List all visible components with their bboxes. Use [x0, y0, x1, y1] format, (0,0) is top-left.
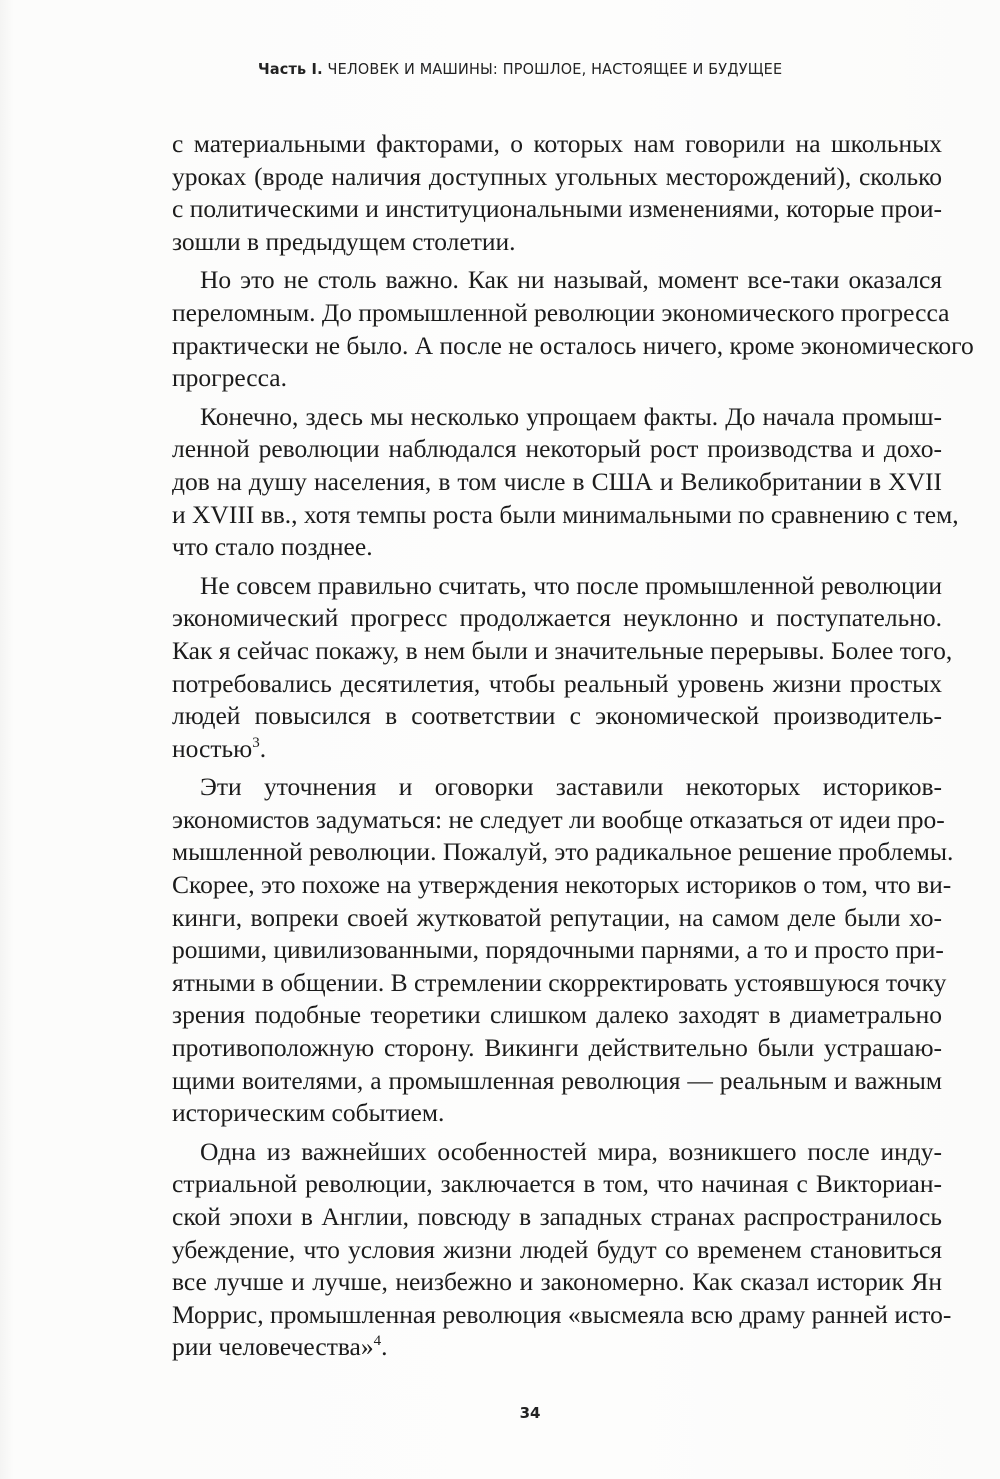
text-fragment: рии человечества» — [172, 1332, 374, 1361]
text-line: Одна из важнейших особенностей мира, воз… — [172, 1136, 942, 1169]
punctuation: . — [381, 1332, 387, 1361]
text-line: рии человечества»4. — [172, 1331, 942, 1364]
text-fragment: ностью — [172, 734, 252, 763]
text-line: экономистов задуматься: не следует ли во… — [172, 804, 942, 837]
text-line: потребовались десятилетия, чтобы реальны… — [172, 668, 942, 701]
text-line: все лучше и лучше, неизбежно и закономер… — [172, 1266, 942, 1299]
text-line: зошли в предыдущем столетии. — [172, 226, 942, 259]
paragraph: с материальными факторами, о которых нам… — [172, 128, 942, 258]
text-line: стриальной революции, заключается в том,… — [172, 1168, 942, 1201]
text-line: зрения подобные теоретики слишком далеко… — [172, 999, 942, 1032]
text-line: уроках (вроде наличия доступных угольных… — [172, 161, 942, 194]
text-line: переломным. До промышленной революции эк… — [172, 297, 942, 330]
text-line: Как я сейчас покажу, в нем были и значит… — [172, 635, 942, 668]
punctuation: . — [260, 734, 266, 763]
page-number: 34 — [30, 1404, 1000, 1422]
text-line: противоположную сторону. Викинги действи… — [172, 1032, 942, 1065]
paragraph: Одна из важнейших особенностей мира, воз… — [172, 1136, 942, 1364]
text-line: Эти уточнения и оговорки заставили некот… — [172, 771, 942, 804]
footnote-ref[interactable]: 3 — [252, 735, 260, 751]
text-line: с материальными факторами, о которых нам… — [172, 128, 942, 161]
text-line: экономический прогресс продолжается неук… — [172, 602, 942, 635]
text-line: Но это не столь важно. Как ни называй, м… — [172, 264, 942, 297]
text-line: с политическими и институциональными изм… — [172, 193, 942, 226]
running-head: Часть I. ЧЕЛОВЕК И МАШИНЫ: ПРОШЛОЕ, НАСТ… — [258, 60, 835, 78]
part-label: Часть I. — [258, 60, 323, 78]
paragraph: Но это не столь важно. Как ни называй, м… — [172, 264, 942, 394]
text-line: дов на душу населения, в том числе в США… — [172, 466, 942, 499]
footnote-ref[interactable]: 4 — [374, 1333, 382, 1349]
book-page: Часть I. ЧЕЛОВЕК И МАШИНЫ: ПРОШЛОЕ, НАСТ… — [0, 0, 1000, 1479]
text-line: людей повысился в соответствии с экономи… — [172, 700, 942, 733]
paragraph: Конечно, здесь мы несколько упрощаем фак… — [172, 401, 942, 564]
text-line: историческим событием. — [172, 1097, 942, 1130]
paragraph: Эти уточнения и оговорки заставили некот… — [172, 771, 942, 1130]
part-title: ЧЕЛОВЕК И МАШИНЫ: ПРОШЛОЕ, НАСТОЯЩЕЕ И Б… — [328, 60, 783, 78]
text-line: что стало позднее. — [172, 531, 942, 564]
text-line: Конечно, здесь мы несколько упрощаем фак… — [172, 401, 942, 434]
text-line: мышленной революции. Пожалуй, это радика… — [172, 836, 942, 869]
text-line: практически не было. А после не осталось… — [172, 330, 942, 363]
text-line: ской эпохи в Англии, повсюду в западных … — [172, 1201, 942, 1234]
text-line: ностью3. — [172, 733, 942, 766]
text-line: ленной революции наблюдался некоторый ро… — [172, 433, 942, 466]
body-text: с материальными факторами, о которых нам… — [172, 128, 942, 1370]
text-line: Не совсем правильно считать, что после п… — [172, 570, 942, 603]
text-line: щими воителями, а промышленная революция… — [172, 1065, 942, 1098]
text-line: Скорее, это похоже на утверждения некото… — [172, 869, 942, 902]
text-line: убеждение, что условия жизни людей будут… — [172, 1234, 942, 1267]
text-line: Моррис, промышленная революция «высмеяла… — [172, 1299, 942, 1332]
paragraph: Не совсем правильно считать, что после п… — [172, 570, 942, 766]
text-line: рошими, цивилизованными, порядочными пар… — [172, 934, 942, 967]
text-line: кинги, вопреки своей жутковатой репутаци… — [172, 902, 942, 935]
text-line: ятными в общении. В стремлении скорректи… — [172, 967, 942, 1000]
text-line: прогресса. — [172, 362, 942, 395]
text-line: и XVIII вв., хотя темпы роста были миним… — [172, 499, 942, 532]
